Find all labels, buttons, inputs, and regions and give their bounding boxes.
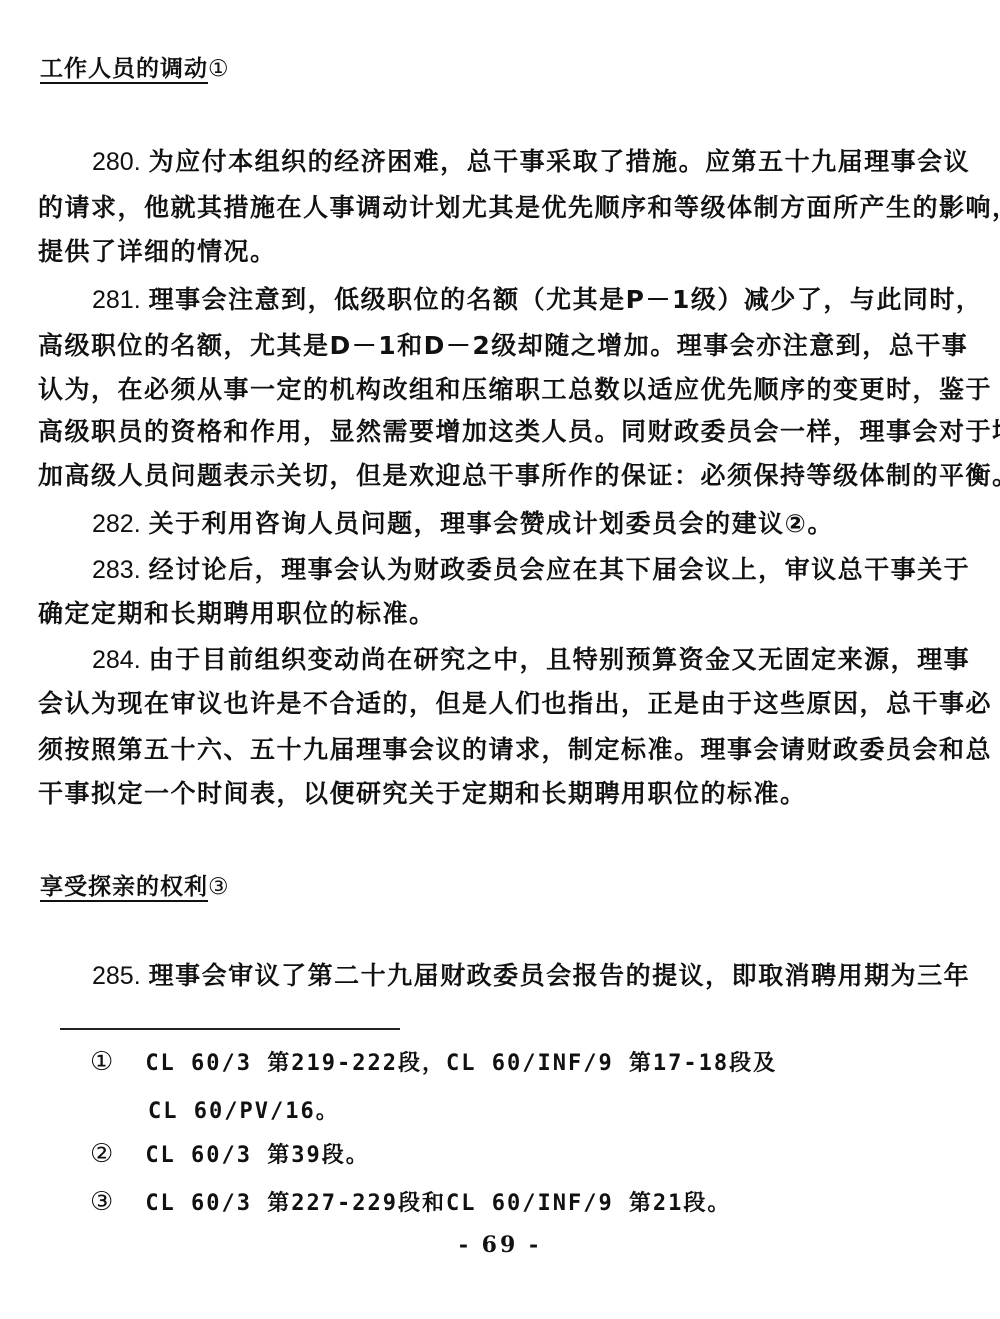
footnote-1-line-2: CL 60/PV/16。 xyxy=(148,1094,340,1125)
paragraph-284-line-3: 须按照第五十六、五十九届理事会议的请求，制定标准。理事会请财政委员会和总 xyxy=(38,730,992,766)
line-text: 关于利用咨询人员问题，理事会赞成计划委员会的建议②。 xyxy=(149,509,834,538)
paragraph-285-line-1: 285.理事会审议了第二十九届财政委员会报告的提议，即取消聘用期为三年 xyxy=(92,956,970,992)
paragraph-281-line-5: 加高级人员问题表示关切，但是欢迎总干事所作的保证：必须保持等级体制的平衡。 xyxy=(38,456,1000,492)
line-text: 理事会注意到，低级职位的名额（尤其是P－1级）减少了，与此同时， xyxy=(149,285,983,314)
section-heading-home-leave: 享受探亲的权利③ xyxy=(40,868,230,901)
page-number: - 69 - xyxy=(0,1232,1000,1258)
footnote-mark: ② xyxy=(90,1139,115,1169)
paragraph-283-line-1: 283.经讨论后，理事会认为财政委员会应在其下届会议上，审议总干事关于 xyxy=(92,550,970,586)
paragraph-283-line-2: 确定定期和长期聘用职位的标准。 xyxy=(38,594,436,630)
paragraph-number: 283. xyxy=(92,556,141,584)
footnote-mark: ① xyxy=(90,1047,115,1077)
paragraph-284-line-4: 干事拟定一个时间表，以便研究关于定期和长期聘用职位的标准。 xyxy=(38,774,807,810)
paragraph-281-line-2: 高级职位的名额，尤其是D－1和D－2级却随之增加。理事会亦注意到，总干事 xyxy=(38,326,968,362)
paragraph-281-line-3: 认为，在必须从事一定的机构改组和压缩职工总数以适应优先顺序的变更时，鉴于 xyxy=(38,370,992,406)
paragraph-284-line-1: 284.由于目前组织变动尚在研究之中，且特别预算资金又无固定来源，理事 xyxy=(92,640,970,676)
footnote-ref: ③ xyxy=(208,874,230,900)
footnote-2: ②CL 60/3 第39段。 xyxy=(90,1138,370,1169)
paragraph-number: 285. xyxy=(92,962,141,990)
footnote-text: CL 60/3 第227-229段和CL 60/INF/9 第21段。 xyxy=(145,1191,731,1216)
paragraph-284-line-2: 会认为现在审议也许是不合适的，但是人们也指出，正是由于这些原因，总干事必 xyxy=(38,684,992,720)
paragraph-282-line-1: 282.关于利用咨询人员问题，理事会赞成计划委员会的建议②。 xyxy=(92,504,834,540)
line-text: 理事会审议了第二十九届财政委员会报告的提议，即取消聘用期为三年 xyxy=(149,961,971,990)
paragraph-280-line-1: 280.为应付本组织的经济困难，总干事采取了措施。应第五十九届理事会议 xyxy=(92,142,970,178)
footnote-text: CL 60/3 第39段。 xyxy=(145,1143,369,1168)
paragraph-number: 280. xyxy=(92,148,141,176)
footnote-1-line-1: ①CL 60/3 第219-222段，CL 60/INF/9 第17-18段及 xyxy=(90,1046,777,1077)
footnote-text: CL 60/3 第219-222段，CL 60/INF/9 第17-18段及 xyxy=(145,1051,777,1076)
line-text: 经讨论后，理事会认为财政委员会应在其下届会议上，审议总干事关于 xyxy=(149,555,971,584)
paragraph-280-line-3: 提供了详细的情况。 xyxy=(38,232,277,268)
heading-text: 工作人员的调动 xyxy=(40,56,208,82)
footnote-3: ③CL 60/3 第227-229段和CL 60/INF/9 第21段。 xyxy=(90,1186,731,1217)
footnote-ref: ① xyxy=(208,56,230,82)
paragraph-281-line-4: 高级职员的资格和作用，显然需要增加这类人员。同财政委员会一样，理事会对于增 xyxy=(38,412,1000,448)
section-heading-staff-transfer: 工作人员的调动① xyxy=(40,50,230,83)
paragraph-number: 281. xyxy=(92,286,141,314)
paragraph-number: 282. xyxy=(92,510,141,538)
paragraph-281-line-1: 281.理事会注意到，低级职位的名额（尤其是P－1级）减少了，与此同时， xyxy=(92,280,982,316)
footnote-mark: ③ xyxy=(90,1187,115,1217)
line-text: 为应付本组织的经济困难，总干事采取了措施。应第五十九届理事会议 xyxy=(149,147,971,176)
document-page: 工作人员的调动① 280.为应付本组织的经济困难，总干事采取了措施。应第五十九届… xyxy=(0,0,1000,1319)
footnote-separator xyxy=(60,1028,400,1030)
heading-text: 享受探亲的权利 xyxy=(40,874,208,900)
paragraph-280-line-2: 的请求，他就其措施在人事调动计划尤其是优先顺序和等级体制方面所产生的影响， xyxy=(38,188,1000,224)
line-text: 由于目前组织变动尚在研究之中，且特别预算资金又无固定来源，理事 xyxy=(149,645,971,674)
paragraph-number: 284. xyxy=(92,646,141,674)
